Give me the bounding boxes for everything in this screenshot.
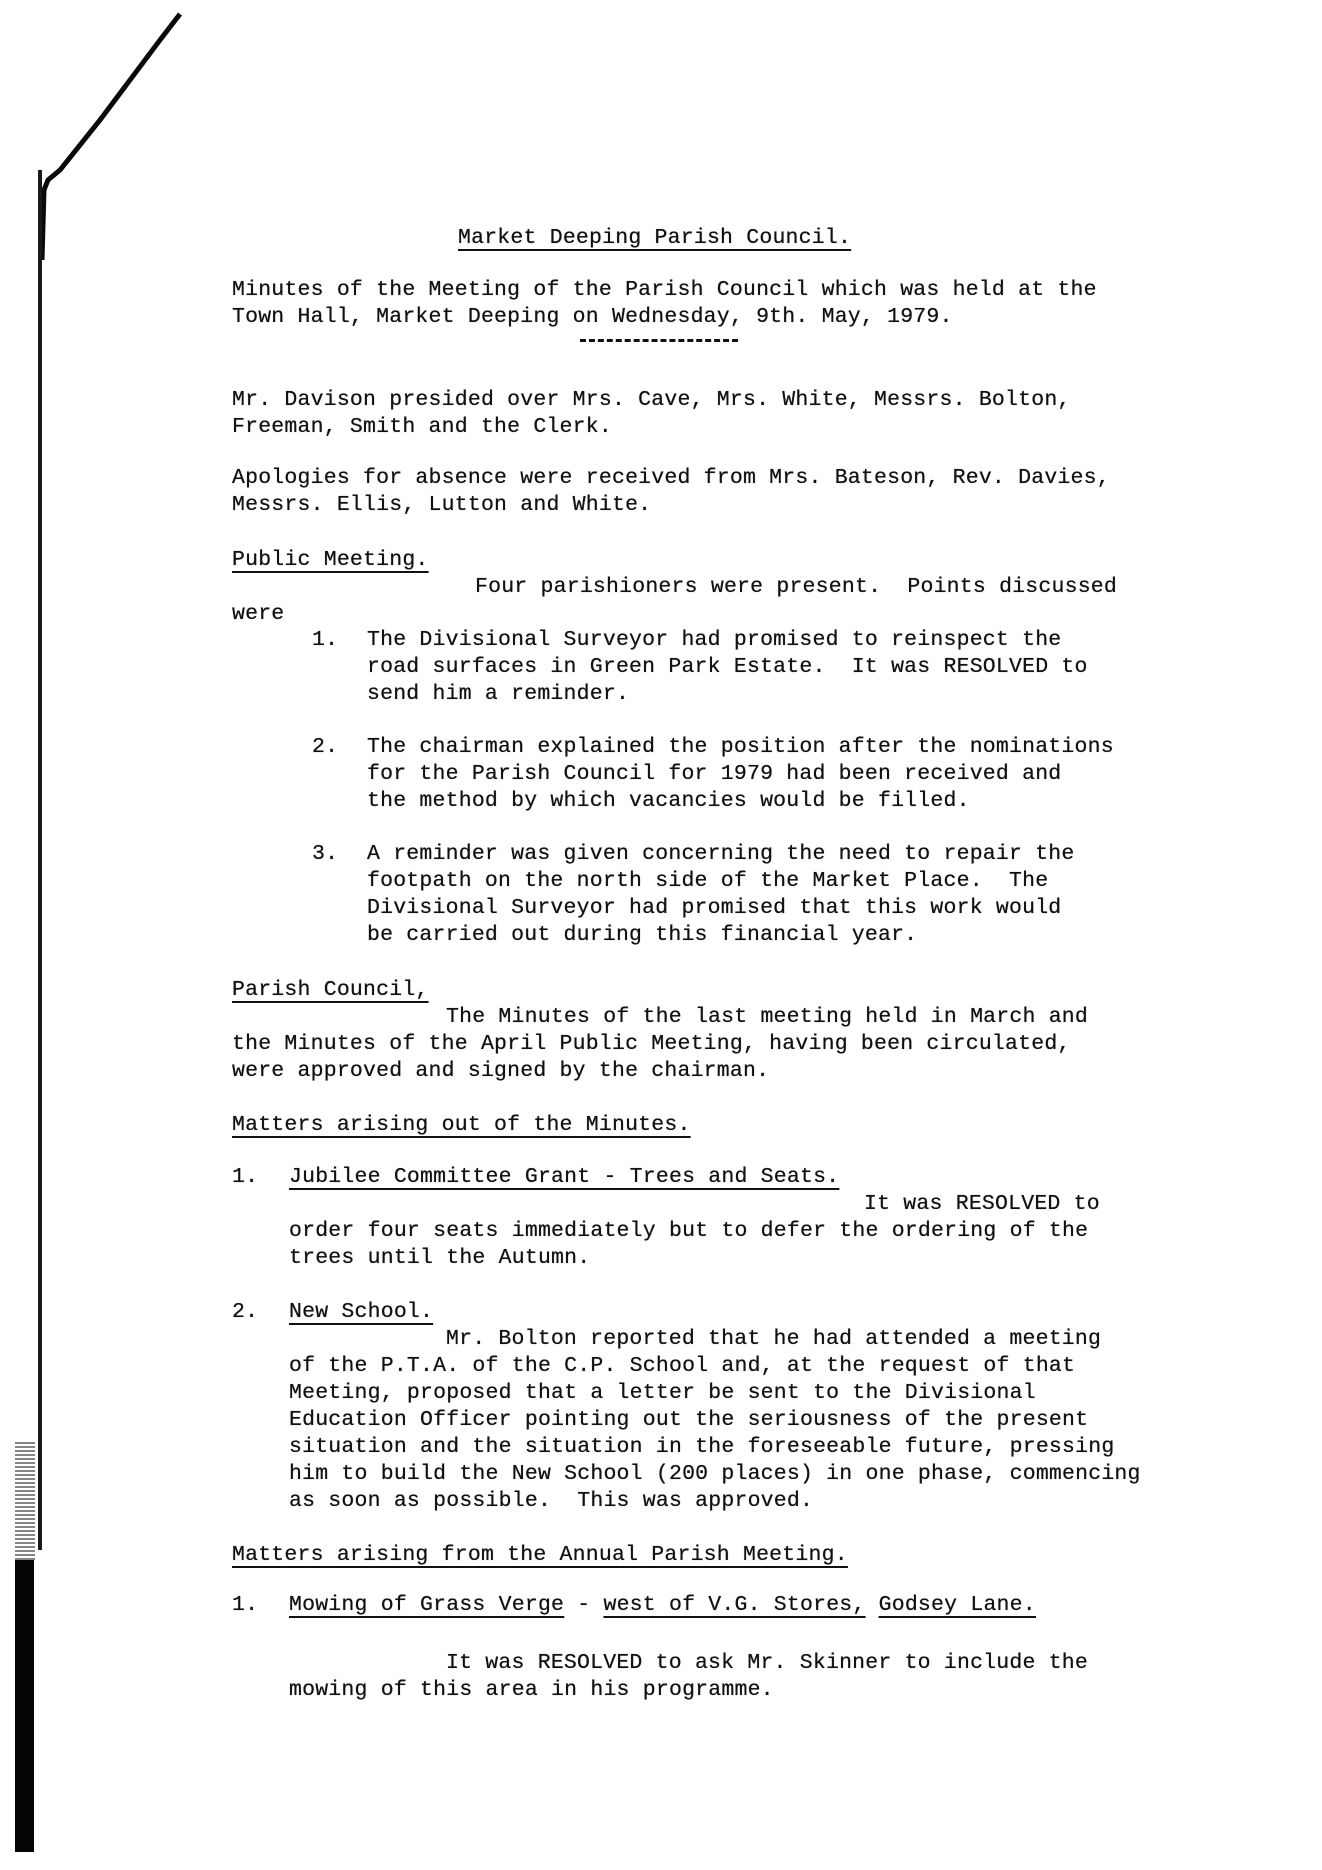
item-line: Education Officer pointing out the serio… xyxy=(289,1407,1088,1434)
apologies-line: Apologies for absence were received from… xyxy=(232,465,1110,492)
point-line: The chairman explained the position afte… xyxy=(367,734,1114,761)
item-title-part: Godsey Lane. xyxy=(879,1593,1036,1617)
item-title-part: - xyxy=(564,1593,603,1617)
point-number: 3. xyxy=(312,841,338,868)
item-title-part xyxy=(866,1593,879,1617)
item-line: of the P.T.A. of the C.P. School and, at… xyxy=(289,1353,1075,1380)
item-line: situation and the situation in the fores… xyxy=(289,1434,1114,1461)
scan-edge-speckle xyxy=(15,1440,35,1560)
item-line: It was RESOLVED to ask Mr. Skinner to in… xyxy=(446,1650,1088,1677)
scan-edge-bar xyxy=(15,1560,34,1852)
intro-line: Town Hall, Market Deeping on Wednesday, … xyxy=(232,304,953,331)
section-heading-matters-annual: Matters arising from the Annual Parish M… xyxy=(232,1542,848,1569)
parish-council-line: were approved and signed by the chairman… xyxy=(232,1058,769,1085)
item-number: 1. xyxy=(232,1592,258,1619)
item-number: 1. xyxy=(232,1164,258,1191)
item-title-part: Mowing of Grass Verge xyxy=(289,1593,564,1617)
item-line: trees until the Autumn. xyxy=(289,1245,590,1272)
point-line: road surfaces in Green Park Estate. It w… xyxy=(367,654,1088,681)
parish-council-line: the Minutes of the April Public Meeting,… xyxy=(232,1031,1071,1058)
item-title: Mowing of Grass Verge - west of V.G. Sto… xyxy=(289,1592,1036,1619)
item-title: New School. xyxy=(289,1299,433,1326)
point-line: The Divisional Surveyor had promised to … xyxy=(367,627,1061,654)
section-heading-matters-minutes: Matters arising out of the Minutes. xyxy=(232,1112,691,1139)
item-line: order four seats immediately but to defe… xyxy=(289,1218,1088,1245)
public-meeting-intro: Four parishioners were present. Points d… xyxy=(475,574,1117,601)
separator-rule xyxy=(580,339,738,342)
scanned-page: Market Deeping Parish Council. Minutes o… xyxy=(0,0,1322,1870)
point-line: for the Parish Council for 1979 had been… xyxy=(367,761,1061,788)
item-line: Mr. Bolton reported that he had attended… xyxy=(446,1326,1101,1353)
parish-council-line: The Minutes of the last meeting held in … xyxy=(446,1004,1088,1031)
point-number: 2. xyxy=(312,734,338,761)
attendance-line: Freeman, Smith and the Clerk. xyxy=(232,414,612,441)
point-line: send him a reminder. xyxy=(367,681,629,708)
point-line: Divisional Surveyor had promised that th… xyxy=(367,895,1061,922)
section-heading-parish-council: Parish Council, xyxy=(232,977,429,1004)
point-line: footpath on the north side of the Market… xyxy=(367,868,1048,895)
public-meeting-intro: were xyxy=(232,601,284,628)
item-number: 2. xyxy=(232,1299,258,1326)
scan-edge-line xyxy=(38,170,42,1550)
point-line: A reminder was given concerning the need… xyxy=(367,841,1075,868)
point-number: 1. xyxy=(312,627,338,654)
item-line: Meeting, proposed that a letter be sent … xyxy=(289,1380,1036,1407)
attendance-line: Mr. Davison presided over Mrs. Cave, Mrs… xyxy=(232,387,1071,414)
apologies-line: Messrs. Ellis, Lutton and White. xyxy=(232,492,651,519)
item-line: It was RESOLVED to xyxy=(864,1191,1100,1218)
scan-edge-diagonal xyxy=(0,0,200,260)
item-line: him to build the New School (200 places)… xyxy=(289,1461,1141,1488)
item-title: Jubilee Committee Grant - Trees and Seat… xyxy=(289,1164,839,1191)
document-title: Market Deeping Parish Council. xyxy=(458,225,851,252)
section-heading-public-meeting: Public Meeting. xyxy=(232,547,429,574)
item-line: as soon as possible. This was approved. xyxy=(289,1488,813,1515)
item-title-part: west of V.G. Stores, xyxy=(603,1593,865,1617)
point-line: the method by which vacancies would be f… xyxy=(367,788,970,815)
item-line: mowing of this area in his programme. xyxy=(289,1677,774,1704)
intro-line: Minutes of the Meeting of the Parish Cou… xyxy=(232,277,1097,304)
point-line: be carried out during this financial yea… xyxy=(367,922,917,949)
